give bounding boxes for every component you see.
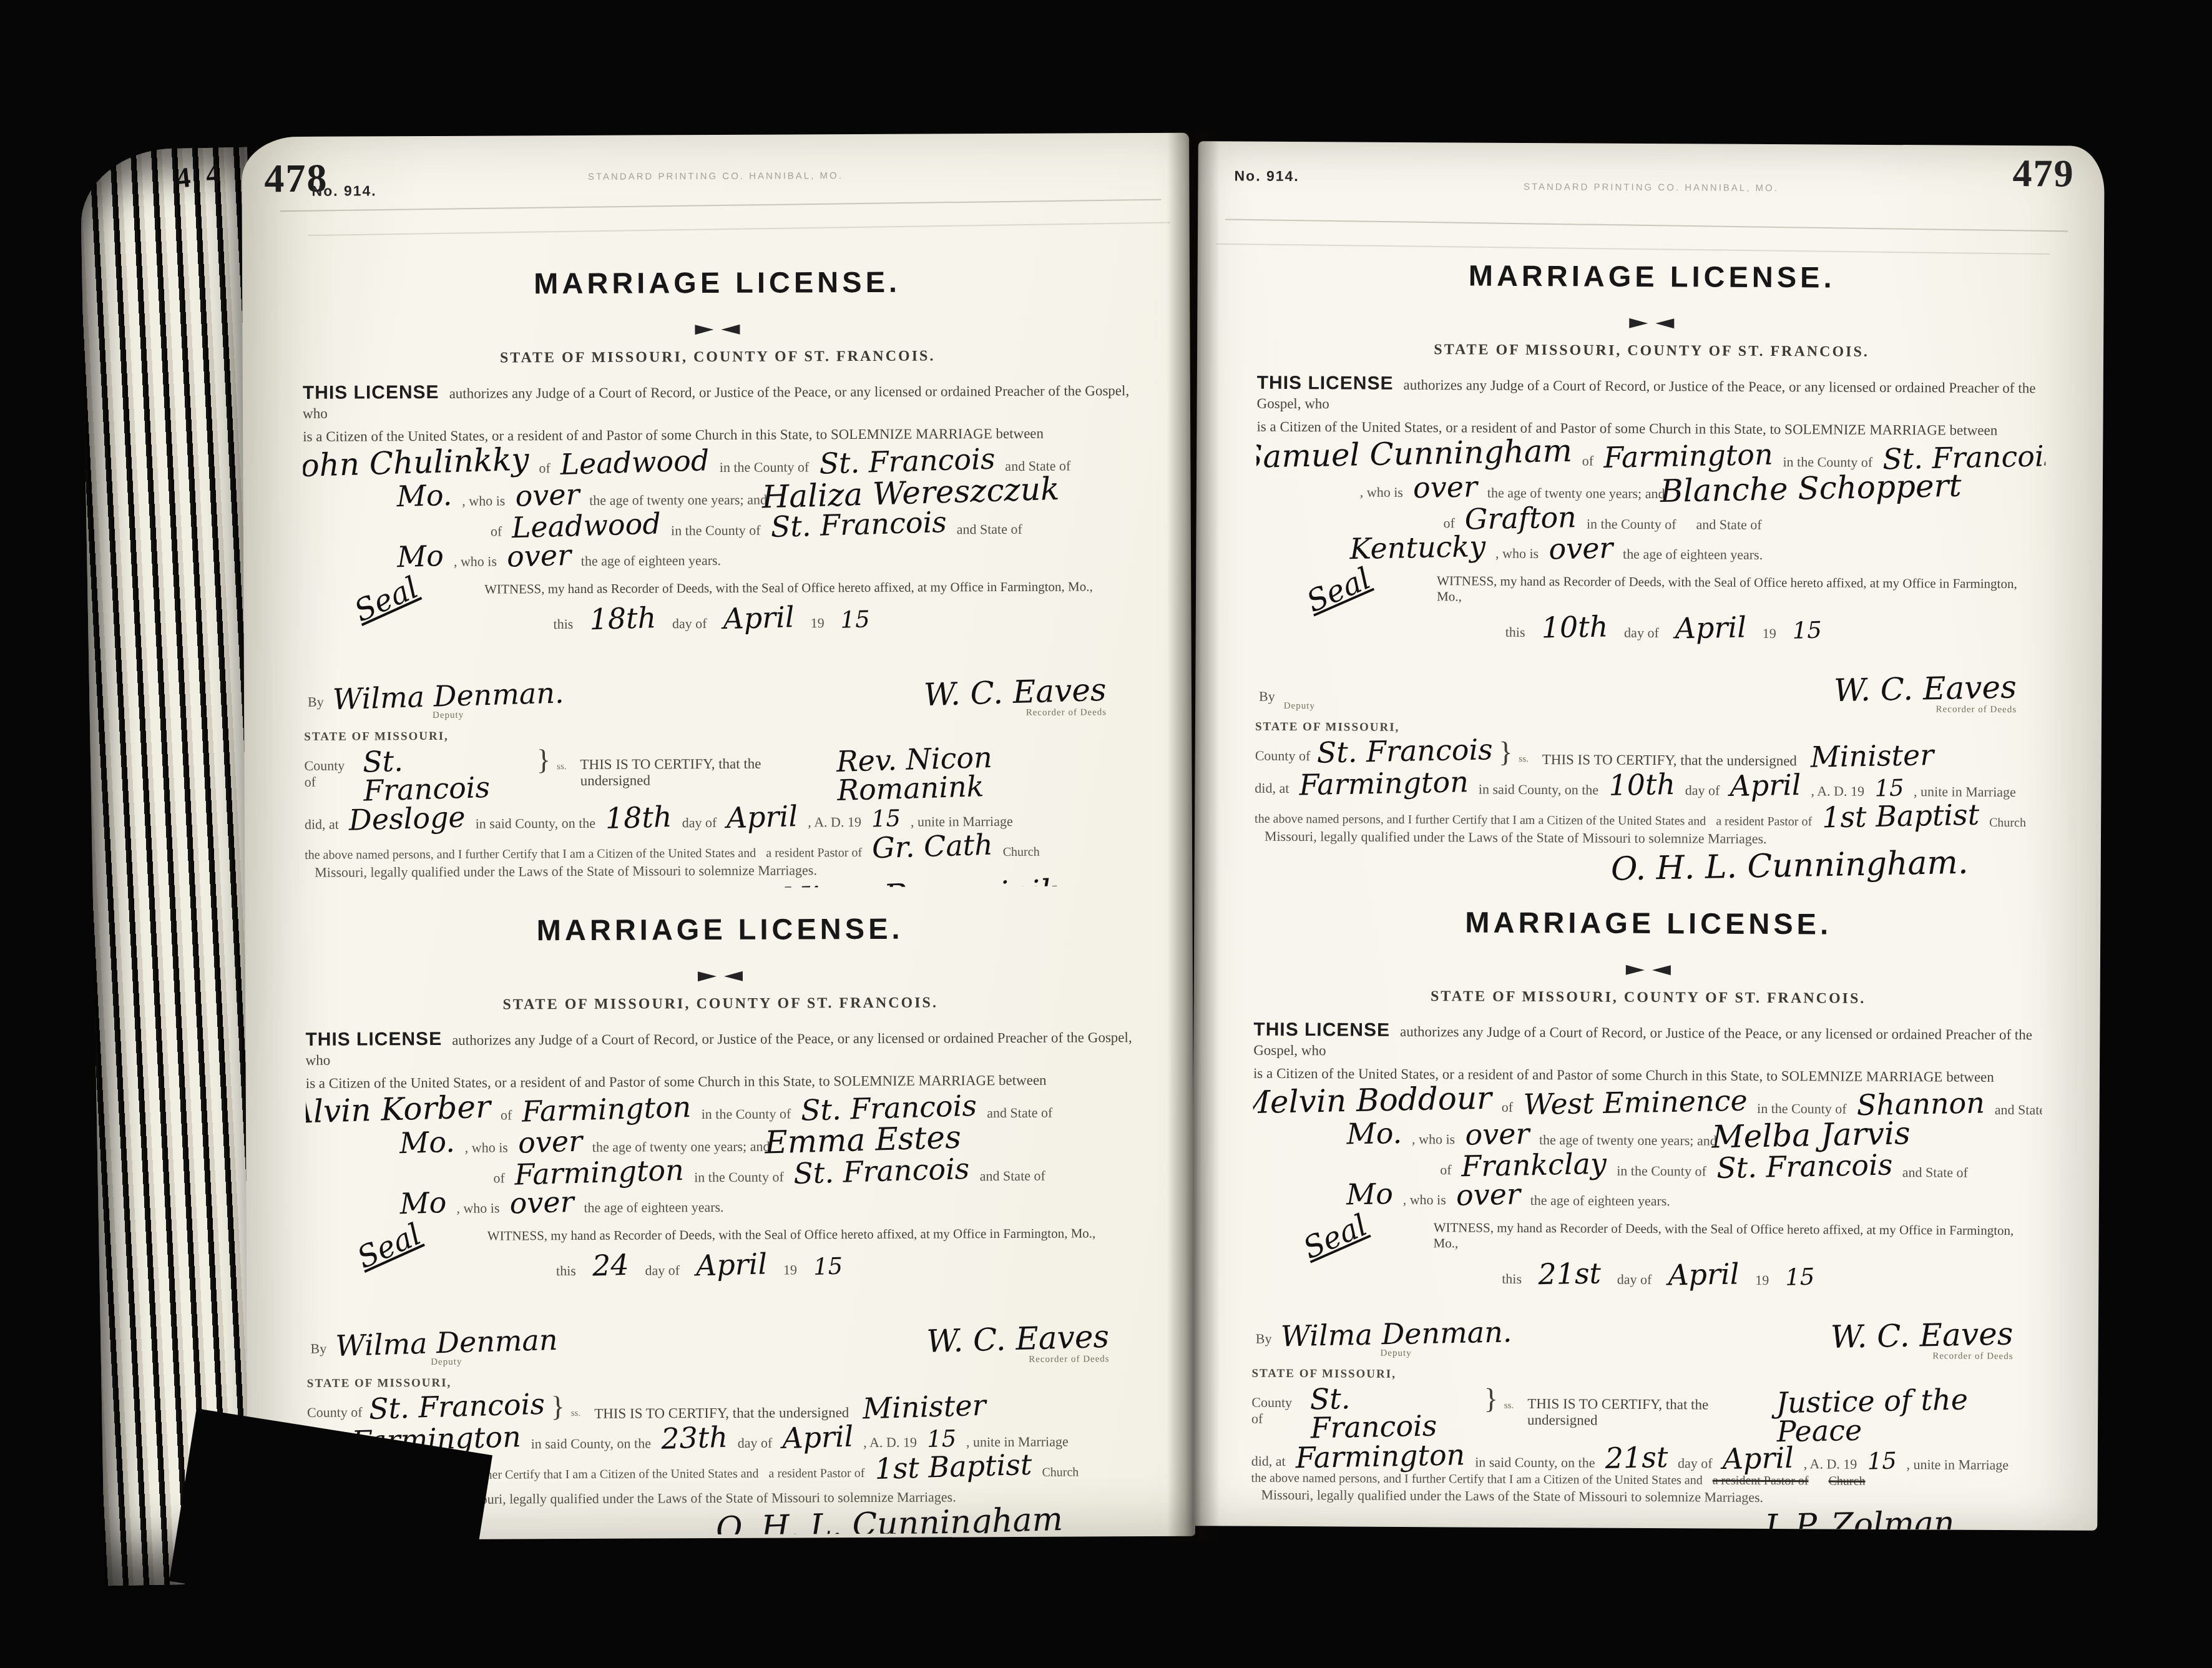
day-of-label: day of [1678, 1455, 1713, 1471]
witness-statement: WITNESS, my hand as Recorder of Deeds, w… [1437, 573, 2045, 607]
and-state-label: and State of [957, 521, 1022, 537]
citizen-text: the above named persons, and I further C… [305, 846, 756, 863]
bride-age-line: Mo , who is over the age of eighteen yea… [1253, 1179, 2042, 1212]
by-label: By [308, 694, 324, 710]
who-is-label: , who is [462, 493, 505, 509]
officiant-signature-block: J. P. Zolman. [1251, 1506, 2040, 1530]
who-is-label: , who is [1360, 484, 1403, 501]
deputy-signature: Wilma Denman. [332, 679, 564, 714]
license-slot-2: MARRIAGE LICENSE. STATE OF MISSOURI, COU… [305, 886, 1138, 1536]
certify-date-line: did, at Desloge in said County, on the 1… [305, 801, 1135, 833]
witness-section: Seal WITNESS, my hand as Recorder of Dee… [303, 579, 1134, 674]
bride-state: Kentucky [1349, 532, 1486, 563]
marriage-license-record: MARRIAGE LICENSE. STATE OF MISSOURI, COU… [302, 263, 1135, 890]
of-label: of [493, 1170, 504, 1187]
deputy-block: By Wilma Denman Deputy [306, 1328, 557, 1368]
bride-age-line: Kentucky , who is over the age of eighte… [1256, 532, 2045, 566]
license-title: MARRIAGE LICENSE. [1258, 257, 2047, 296]
in-county-label: in the County of [720, 459, 810, 476]
certify-pastor-line: the above named persons, and I further C… [305, 831, 1135, 863]
in-county-label: in the County of [1617, 1163, 1706, 1180]
intro-line-1: THIS LICENSEauthorizes any Judge of a Co… [305, 1026, 1135, 1070]
groom-line: Melvin Boddour of West Eminence in the C… [1253, 1084, 2042, 1120]
recorder-signature: W. C. Eaves [1831, 1318, 2014, 1353]
deputy-signature-stack: Wilma Denman. Deputy [333, 681, 564, 722]
deputy-caption: Deputy [1284, 701, 1315, 712]
who-is-label: , who is [1412, 1131, 1455, 1147]
arrow-left-icon [1655, 318, 1674, 328]
qualified-text: Missouri, legally qualified under the La… [315, 862, 817, 881]
bride-over: over [509, 1187, 574, 1218]
brace-glyph: } [1484, 1382, 1498, 1415]
bride-county: St. Francois [770, 508, 947, 541]
in-county-label: in the County of [671, 522, 761, 539]
county-row: County of St. Francois } ss. [307, 1390, 580, 1424]
this-label: this [1502, 1271, 1522, 1287]
license-slot-4: MARRIAGE LICENSE. STATE OF MISSOURI, COU… [1251, 880, 2043, 1531]
witness-year: 15 [840, 608, 870, 632]
day-of-label: day of [1685, 782, 1720, 798]
church-name: 1st Baptist [1822, 800, 1980, 832]
divider-ornament-icon [302, 322, 1132, 337]
of-label: of [1582, 453, 1593, 469]
day-of-label: day of [738, 1435, 773, 1451]
deputy-signature-stack: Deputy [1284, 701, 1315, 712]
printer-imprint: STANDARD PRINTING CO. HANNIBAL, MO. [1198, 180, 2104, 195]
bride-town: Leadwood [512, 509, 662, 542]
of-label: of [1440, 1162, 1451, 1178]
resident-pastor-text: a resident Pastor of [1713, 1474, 1809, 1489]
arrow-left-icon [1652, 965, 1671, 975]
groom-town: Farmington [522, 1092, 692, 1126]
state-of-missouri-label: STATE OF MISSOURI, [1251, 1367, 1514, 1382]
unite-label: , unite in Marriage [911, 813, 1013, 830]
qualified-text: Missouri, legally qualified under the La… [454, 1489, 956, 1508]
witness-year: 15 [1785, 1265, 1815, 1289]
brace-glyph: } [1499, 735, 1512, 768]
groom-town: Leadwood [560, 446, 710, 479]
this-label: this [1505, 624, 1525, 640]
marriage-place: Desloge [348, 803, 466, 835]
marriage-day: 18th [605, 802, 672, 833]
day-of-label: day of [1617, 1272, 1652, 1288]
brace-glyph: } [537, 743, 551, 776]
who-is-label: , who is [456, 1200, 499, 1217]
certify-header: STATE OF MISSOURI, County of St. Francoi… [307, 1373, 1137, 1424]
county-row: County of St. Francois } ss. [1251, 1381, 1514, 1441]
bride-town: Frankclay [1461, 1149, 1607, 1180]
marriage-day: 10th [1608, 770, 1676, 800]
certify-header: STATE OF MISSOURI, County of St. Francoi… [1251, 1367, 2041, 1445]
groom-age-line: , who is over the age of twenty one year… [1256, 470, 2045, 506]
officiant-title: Minister [863, 1391, 987, 1423]
marriage-place: Farmington [1295, 1440, 1465, 1472]
license-slot-1: MARRIAGE LICENSE. STATE OF MISSOURI, COU… [302, 239, 1135, 890]
certify-date-line: did, at Farmington in said County, on th… [1255, 768, 2043, 802]
scan-artifact-line [308, 222, 1170, 236]
groom-name: Alvin Korber [305, 1091, 491, 1128]
marriage-year: 15 [926, 1427, 956, 1451]
did-at-label: did, at [1255, 780, 1289, 797]
age18-label: the age of eighteen years. [584, 1199, 723, 1216]
page-edge-number: 4 [205, 157, 222, 190]
qualified-text: Missouri, legally qualified under the La… [1265, 828, 1767, 847]
seal-note: Seal [353, 1219, 426, 1273]
ad-prefix: , A. D. 19 [1811, 783, 1864, 800]
witness-statement: WITNESS, my hand as Recorder of Deeds, w… [484, 579, 1133, 597]
license-title: MARRIAGE LICENSE. [1254, 904, 2043, 943]
certify-pastor-line: the above named persons, and I further C… [1255, 798, 2043, 832]
bride-county: St. Francois [1716, 1150, 1892, 1182]
certify-statement: THIS IS TO CERTIFY, that the undersigned… [580, 742, 1134, 802]
who-is-label: , who is [1495, 546, 1539, 562]
groom-name: Melvin Boddour [1251, 1082, 1492, 1119]
book-gutter-shadow [1167, 131, 1220, 1542]
ad-prefix: , A. D. 19 [863, 1435, 917, 1451]
and-state-label: and State of [980, 1168, 1045, 1184]
arrow-right-icon [695, 325, 713, 335]
deputy-signature-stack: Wilma Denman Deputy [335, 1328, 557, 1368]
recorder-signature: W. C. Eaves [926, 1321, 1110, 1357]
groom-state: Mo. [1346, 1119, 1402, 1149]
bride-line: of Leadwood in the County of St. Francoi… [303, 509, 1133, 541]
marriage-license-record: MARRIAGE LICENSE. STATE OF MISSOURI, COU… [305, 910, 1138, 1536]
in-said-county-label: in said County, on the [531, 1436, 651, 1453]
certify-date-line: did, at Farmington in said County, on th… [1251, 1441, 2040, 1474]
deputy-block: By Deputy [1255, 689, 1315, 712]
bride-town: Farmington [514, 1155, 685, 1189]
bride-line: of Farmington in the County of St. Franc… [306, 1155, 1136, 1188]
by-label: By [1256, 1331, 1272, 1347]
seal-note: Seal [1299, 1210, 1371, 1263]
bride-state: Mo [399, 1188, 447, 1218]
bride-age-line: Mo , who is over the age of eighteen yea… [303, 539, 1133, 571]
recorder-signature: W. C. Eaves [1834, 672, 2017, 707]
resident-pastor-text: a resident Pastor of [1716, 815, 1812, 830]
certify-county: St. Francois [1310, 1381, 1479, 1442]
recorder-block: W. C. Eaves Recorder of Deeds [927, 1323, 1137, 1365]
state-of-missouri-label: STATE OF MISSOURI, [304, 729, 566, 744]
bride-line: of Grafton in the County of and State of [1256, 503, 2045, 536]
officiant-title: Justice of the Peace [1776, 1383, 2041, 1446]
ss-label: ss. [1504, 1401, 1514, 1411]
witness-signatures: By Wilma Denman. Deputy W. C. Eaves Reco… [304, 676, 1134, 722]
certify-county-block: STATE OF MISSOURI, County of St. Francoi… [304, 729, 567, 803]
of-label: of [1502, 1099, 1513, 1116]
witness-year: 15 [1793, 619, 1823, 642]
bride-state: Mo [396, 541, 444, 571]
day-of-label: day of [1624, 625, 1659, 641]
in-said-county-label: in said County, on the [1475, 1455, 1595, 1471]
state-county-heading: STATE OF MISSOURI, COUNTY OF ST. FRANCOI… [1254, 988, 2043, 1009]
groom-state: Mo. [399, 1127, 455, 1158]
groom-over: over [515, 480, 580, 511]
age18-label: the age of eighteen years. [1530, 1192, 1670, 1209]
marriage-year: 15 [1874, 777, 1904, 800]
this-label: this [556, 1263, 576, 1279]
witness-day: 18th [589, 603, 657, 634]
resident-pastor-text: a resident Pastor of [769, 1466, 865, 1481]
groom-town: West Eminence [1523, 1086, 1748, 1119]
and-state-label: and State of [1902, 1164, 1968, 1181]
certify-header: STATE OF MISSOURI, County of St. Francoi… [304, 727, 1134, 803]
by-label: By [311, 1341, 327, 1357]
scan-artifact-line [1225, 219, 2068, 232]
who-is-label: , who is [465, 1140, 508, 1156]
age21-label: the age of twenty one years; and [1539, 1132, 1717, 1149]
resident-pastor-text: a resident Pastor of [766, 846, 862, 861]
marriage-month: April [1730, 770, 1801, 800]
brace-glyph: } [551, 1390, 564, 1423]
qualified-text: Missouri, legally qualified under the La… [1261, 1487, 1763, 1506]
officiant-title: Rev. Nicon Romanink [836, 738, 1135, 805]
intro-line-1: THIS LICENSEauthorizes any Judge of a Co… [1253, 1019, 2042, 1064]
intro-line-1: THIS LICENSEauthorizes any Judge of a Co… [1257, 373, 2046, 418]
state-county-heading: STATE OF MISSOURI, COUNTY OF ST. FRANCOI… [303, 347, 1133, 368]
witness-section: Seal WITNESS, my hand as Recorder of Dee… [1255, 572, 2045, 668]
this-label: this [553, 616, 573, 632]
in-said-county-label: in said County, on the [1479, 782, 1598, 798]
certify-county-block: STATE OF MISSOURI, County of St. Francoi… [307, 1376, 580, 1424]
witness-year: 15 [813, 1255, 843, 1278]
age21-label: the age of twenty one years; and [589, 492, 767, 509]
in-said-county-label: in said County, on the [476, 815, 595, 832]
deputy-block: By Wilma Denman. Deputy [304, 681, 564, 722]
license-slot-3: MARRIAGE LICENSE. STATE OF MISSOURI, COU… [1255, 233, 2047, 884]
groom-name: Samuel Cunningham [1255, 435, 1573, 473]
book-scan: 4 4 478 No. 914. STANDARD PRINTING CO. H… [0, 0, 2212, 1668]
certify-qualified-line: Missouri, legally qualified under the La… [1251, 1487, 2040, 1508]
certify-statement: THIS IS TO CERTIFY, that the undersigned… [1542, 740, 1934, 770]
of-label: of [1444, 515, 1455, 531]
deputy-signature-stack: Wilma Denman. Deputy [1280, 1319, 1512, 1360]
witness-date-line: this 24 day of April 19 15 [487, 1249, 1137, 1280]
groom-county: Shannon [1856, 1088, 1985, 1119]
witness-month: April [1668, 1260, 1740, 1290]
church-label: Church [1042, 1466, 1079, 1480]
certify-label: THIS IS TO CERTIFY, that the undersigned [1527, 1396, 1763, 1430]
state-county-heading: STATE OF MISSOURI, COUNTY OF ST. FRANCOI… [1257, 341, 2046, 362]
bride-name: Blanche Schoppert [1660, 470, 1961, 507]
left-page-content: MARRIAGE LICENSE. STATE OF MISSOURI, COU… [302, 239, 1138, 1536]
right-page-content: MARRIAGE LICENSE. STATE OF MISSOURI, COU… [1251, 233, 2047, 1531]
in-county-label: in the County of [1757, 1101, 1847, 1117]
arrow-right-icon [698, 971, 717, 981]
certify-county: St. Francois [363, 743, 532, 805]
arrow-right-icon [1626, 965, 1645, 975]
by-label: By [1259, 689, 1275, 705]
day-of-label: day of [645, 1262, 680, 1278]
recorder-signature: W. C. Eaves [924, 674, 1107, 710]
witness-signatures: By Deputy W. C. Eaves Recorder of Deeds [1255, 670, 2044, 716]
arrow-right-icon [1629, 318, 1648, 328]
did-at-label: did, at [1251, 1453, 1286, 1469]
certify-county: St. Francois [368, 1390, 545, 1423]
deputy-block: By Wilma Denman. Deputy [1252, 1319, 1512, 1360]
intro-line-1: THIS LICENSEauthorizes any Judge of a Co… [303, 379, 1133, 423]
groom-age-line: Mo. , who is over the age of twenty one … [303, 476, 1133, 511]
year-prefix: 19 [1755, 1272, 1769, 1288]
certify-county-block: STATE OF MISSOURI, County of St. Francoi… [1255, 720, 1529, 768]
church-name: Gr. Cath [871, 830, 993, 863]
this-license-lead: THIS LICENSE [305, 1029, 442, 1050]
of-label: of [501, 1107, 512, 1124]
groom-age-line: Mo. , who is over the age of twenty one … [1253, 1117, 2042, 1152]
this-license-lead: THIS LICENSE [1253, 1019, 1390, 1041]
witness-signatures: By Wilma Denman Deputy W. C. Eaves Recor… [306, 1323, 1137, 1368]
county-row: County of St. Francois } ss. [1255, 734, 1529, 768]
witness-day: 10th [1541, 612, 1608, 642]
marriage-day: 23th [660, 1423, 728, 1453]
marriage-license-record: MARRIAGE LICENSE. STATE OF MISSOURI, COU… [1255, 257, 2047, 884]
this-license-lead: THIS LICENSE [1257, 373, 1394, 394]
marriage-license-record: MARRIAGE LICENSE. STATE OF MISSOURI, COU… [1251, 904, 2043, 1531]
marriage-year: 15 [1867, 1450, 1897, 1473]
and-state-label: and State of [1696, 517, 1761, 534]
groom-town: Farmington [1603, 440, 1773, 472]
ss-label: ss. [557, 762, 567, 772]
officiant-signature: O. H. L. Cunningham. [1611, 846, 1969, 883]
age18-label: the age of eighteen years. [581, 552, 721, 569]
marriage-month: April [727, 802, 798, 832]
printer-imprint: STANDARD PRINTING CO. HANNIBAL, MO. [242, 169, 1189, 184]
groom-name: John Chulinkky [302, 444, 529, 482]
marriage-month: April [782, 1422, 854, 1453]
ss-label: ss. [1519, 754, 1529, 765]
bride-county: St. Francois [793, 1154, 970, 1188]
seal-note: Seal [1303, 563, 1375, 617]
recorder-block: W. C. Eaves Recorder of Deeds [924, 676, 1134, 719]
witness-date-line: this 18th day of April 19 15 [484, 602, 1133, 634]
witness-month: April [1675, 613, 1746, 643]
year-prefix: 19 [1763, 625, 1776, 642]
scan-artifact-line [280, 199, 1161, 212]
officiant-signature: O. H. L. Cunningham [715, 1503, 1063, 1536]
witness-date-line: this 21st day of April 19 15 [1433, 1258, 2041, 1290]
ad-prefix: , A. D. 19 [808, 814, 861, 830]
groom-over: over [1465, 1119, 1530, 1149]
divider-ornament-icon [1257, 316, 2046, 331]
recorder-block: W. C. Eaves Recorder of Deeds [1834, 673, 2045, 716]
church-label: Church [1828, 1474, 1865, 1489]
age18-label: the age of eighteen years. [1623, 546, 1763, 563]
church-label: Church [1989, 816, 2026, 830]
left-page: 478 No. 914. STANDARD PRINTING CO. HANNI… [242, 133, 1195, 1541]
license-intro: THIS LICENSEauthorizes any Judge of a Co… [303, 379, 1133, 446]
county-of-label: County of [307, 1405, 363, 1421]
bride-over: over [506, 541, 571, 571]
in-county-label: in the County of [702, 1106, 791, 1123]
day-of-label: day of [682, 815, 717, 831]
in-county-label: in the County of [1783, 454, 1872, 471]
bride-state: Mo [1346, 1179, 1394, 1209]
citizen-text: the above named persons, and I further C… [1255, 812, 1706, 829]
witness-section: Seal WITNESS, my hand as Recorder of Dee… [306, 1225, 1137, 1320]
groom-state: Mo. [396, 481, 453, 511]
form-number-left: No. 914. [311, 182, 376, 199]
of-label: of [539, 460, 551, 476]
license-intro: THIS LICENSEauthorizes any Judge of a Co… [1256, 373, 2046, 441]
ad-prefix: , A. D. 19 [1804, 1456, 1857, 1472]
certify-label: THIS IS TO CERTIFY, that the undersigned [580, 755, 823, 789]
certify-label: THIS IS TO CERTIFY, that the undersigned [594, 1405, 849, 1422]
witness-month: April [695, 1249, 767, 1280]
groom-line: Alvin Korber of Farmington in the County… [306, 1091, 1136, 1126]
who-is-label: , who is [454, 554, 497, 570]
unite-label: , unite in Marriage [1906, 1456, 2009, 1473]
deputy-signature: Wilma Denman. [1280, 1317, 1512, 1350]
who-is-label: , who is [1403, 1192, 1446, 1208]
church-name: 1st Baptist [874, 1450, 1032, 1483]
this-license-lead: THIS LICENSE [303, 382, 439, 403]
license-title: MARRIAGE LICENSE. [305, 910, 1135, 948]
in-county-label: in the County of [1587, 516, 1676, 533]
witness-day: 24 [592, 1250, 629, 1280]
day-of-label: day of [672, 616, 707, 632]
groom-over: over [517, 1127, 582, 1157]
marriage-place: Farmington [1299, 767, 1469, 799]
age21-label: the age of twenty one years; and [1487, 485, 1665, 502]
and-state-label: and State of [987, 1105, 1052, 1121]
county-of-label: County of [304, 758, 357, 790]
groom-over: over [1413, 472, 1478, 502]
arrow-left-icon [721, 325, 740, 335]
marriage-year: 15 [871, 807, 901, 830]
bride-age-line: Mo , who is over the age of eighteen yea… [306, 1185, 1136, 1218]
officiant-signature: J. P. Zolman. [1764, 1507, 1965, 1530]
county-row: County of St. Francois } ss. [304, 743, 566, 803]
arrow-left-icon [724, 971, 743, 981]
county-of-label: County of [1251, 1395, 1304, 1427]
witness-date-line: this 10th day of April 19 15 [1437, 612, 2045, 644]
year-prefix: 19 [811, 615, 825, 631]
in-county-label: in the County of [694, 1169, 784, 1186]
license-intro: THIS LICENSEauthorizes any Judge of a Co… [305, 1026, 1135, 1093]
deputy-signature: Wilma Denman [335, 1325, 558, 1360]
witness-statement: WITNESS, my hand as Recorder of Deeds, w… [1434, 1220, 2042, 1254]
officiant-signature-block: O. H. L. Cunningham. [1255, 847, 2043, 883]
year-prefix: 19 [783, 1262, 797, 1278]
marriage-day: 21st [1605, 1443, 1668, 1473]
groom-age-line: Mo. , who is over the age of twenty one … [306, 1123, 1136, 1158]
and-state-label: and State of [1995, 1102, 2043, 1119]
divider-ornament-icon [305, 969, 1135, 984]
divider-ornament-icon [1254, 963, 2043, 978]
license-intro: THIS LICENSEauthorizes any Judge of a Co… [1253, 1019, 2043, 1087]
ss-label: ss. [571, 1408, 581, 1419]
witness-signatures: By Wilma Denman. Deputy W. C. Eaves Reco… [1252, 1317, 2041, 1363]
county-of-label: County of [1255, 748, 1311, 764]
seal-note: Seal [350, 572, 423, 627]
witness-day: 21st [1538, 1259, 1601, 1289]
certify-statement: THIS IS TO CERTIFY, that the undersigned… [594, 1392, 986, 1423]
state-county-heading: STATE OF MISSOURI, COUNTY OF ST. FRANCOI… [305, 994, 1135, 1014]
of-label: of [491, 524, 502, 540]
officiant-title: Minister [1811, 740, 1934, 772]
marriage-month: April [1722, 1443, 1794, 1473]
recorder-block: W. C. Eaves Recorder of Deeds [1831, 1320, 2041, 1363]
certify-statement: THIS IS TO CERTIFY, that the undersigned… [1527, 1384, 2040, 1444]
bride-over: over [1456, 1180, 1520, 1210]
license-title: MARRIAGE LICENSE. [302, 263, 1132, 302]
certify-county: St. Francois [1316, 735, 1493, 767]
did-at-label: did, at [305, 817, 339, 833]
right-page: No. 914. 479 STANDARD PRINTING CO. HANNI… [1191, 141, 2105, 1531]
witness-section: Seal WITNESS, my hand as Recorder of Dee… [1252, 1219, 2042, 1315]
church-label: Church [1003, 845, 1040, 860]
witness-statement: WITNESS, my hand as Recorder of Deeds, w… [487, 1225, 1137, 1244]
certify-county-block: STATE OF MISSOURI, County of St. Francoi… [1251, 1367, 1514, 1441]
